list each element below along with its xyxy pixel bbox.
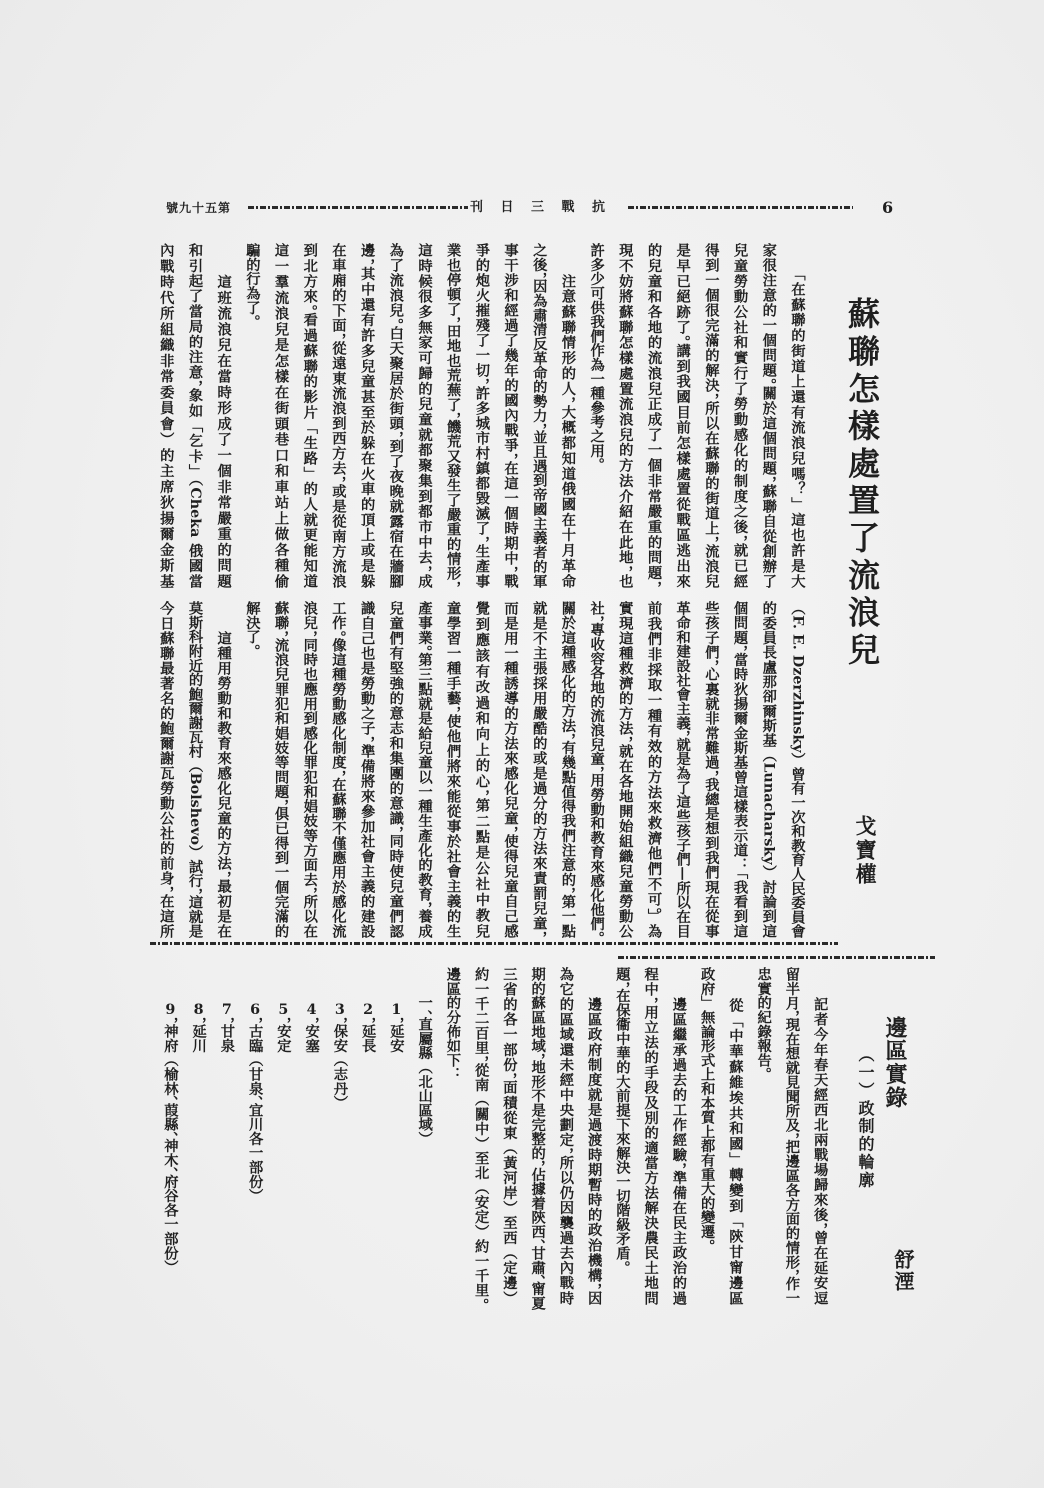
punctuation: ， bbox=[646, 581, 662, 588]
punctuation: ， bbox=[273, 630, 289, 638]
punctuation: ， bbox=[812, 1223, 828, 1231]
text-column: 家很注意的一個問題。關於這個問題，蘇聯自從創辦了 bbox=[754, 243, 783, 588]
text-column: 前我們非採取一種有效的方法來救濟他們不可。」為 bbox=[639, 601, 668, 938]
punctuation: ， bbox=[617, 736, 633, 744]
punctuation: 、 bbox=[247, 1096, 263, 1103]
punctuation: ， bbox=[187, 888, 203, 895]
punctuation: ， bbox=[784, 1269, 800, 1276]
article-title: 邊區實錄 bbox=[882, 1016, 908, 1109]
text-column: 兒童們有堅強的意志和集團的意識，同時使兒童們認 bbox=[381, 601, 410, 938]
article-author: 戈寶權 bbox=[850, 815, 880, 887]
article-body-tier: 記者今年春天經西北兩戰場歸來後，曾在延安逗留半月，現在想就見聞所及，把邊區各方面… bbox=[156, 967, 834, 1305]
district-list-item: 3，保安（志丹） bbox=[326, 967, 354, 1305]
punctuation: ， bbox=[531, 423, 547, 430]
punctuation: ， bbox=[219, 1017, 235, 1024]
punctuation: ， bbox=[302, 887, 318, 895]
text-column: 這時候很多無家可歸的兒童就都聚集到都市中去，成 bbox=[410, 243, 439, 588]
text-column: 注意蘇聯情形的人，大概都知道俄國在十月革命 bbox=[553, 243, 582, 588]
punctuation: ， bbox=[191, 1017, 207, 1024]
district-list-item: 9，神府（榆林、葭縣、神木、府谷各一部份） bbox=[156, 967, 184, 1305]
punctuation: ， bbox=[416, 565, 432, 573]
text-column: 的兒童和各地的流浪兒正成了一個非常嚴重的問題， bbox=[639, 243, 668, 588]
punctuation: ， bbox=[586, 1283, 602, 1291]
text-column: 業也停頓了，田地也荒蕪了，饑荒又發生了嚴重的情形， bbox=[438, 243, 467, 588]
text-column: 三省的各一部份，面積從東（黃河岸）至西（定邊） bbox=[495, 967, 523, 1305]
header-ornament-rule-right bbox=[628, 206, 853, 209]
punctuation: ， bbox=[445, 412, 461, 420]
text-column: 邊區政府制度就是過渡時期暫時的政治機構，因 bbox=[580, 967, 608, 1305]
upper-text-tier: 「在蘇聯的街道上還有流浪兒嗎？」這也許是大家很注意的一個問題。關於這個問題，蘇聯… bbox=[152, 243, 812, 588]
punctuation: ， bbox=[388, 826, 404, 834]
numeral: 1 bbox=[388, 1003, 404, 1017]
punctuation: ， bbox=[275, 1017, 291, 1024]
text-column: 題，在保衞中華的大前提下來解決一切階級矛盾。 bbox=[608, 967, 636, 1305]
district-list-item: 7，甘泉 bbox=[213, 967, 241, 1305]
punctuation: 、 bbox=[162, 1096, 178, 1103]
punctuation: ， bbox=[703, 536, 719, 544]
text-column: 邊區繼承過去的工作經驗，準備在民主政治的過 bbox=[665, 967, 693, 1305]
text-column: 個問題，當時狄揚爾金斯基曾這樣表示道：「我看到這 bbox=[725, 601, 754, 938]
punctuation: ， bbox=[187, 380, 203, 388]
punctuation: ， bbox=[445, 581, 461, 588]
text-column: 工作。像這種勞動感化制度，在蘇聯不僅應用於感化流 bbox=[324, 601, 353, 938]
text-column: 現不妨將蘇聯怎樣處置流浪兒的方法介紹在此地，也 bbox=[611, 243, 640, 588]
numeral: 9 bbox=[162, 1003, 178, 1017]
lower-text-tier: （F. E. Dzerzhinsky）曾有一次和教育人民委員會的委員長盧那卻爾斯… bbox=[152, 601, 812, 938]
punctuation: ， bbox=[558, 1147, 574, 1155]
text-column: 騙的行為了。 bbox=[238, 243, 267, 588]
text-column: 為了流浪兒。白天聚居於街頭，到了夜晚就露宿在牆腳 bbox=[381, 243, 410, 588]
text-column: 產事業。第三點就是給兒童以一種生產化的教育，養成 bbox=[410, 601, 439, 938]
text-column: 的委員長盧那卻爾斯基（Lunacharsky）討論到這 bbox=[754, 601, 783, 938]
punctuation: ， bbox=[503, 453, 519, 461]
issue-number: 第五十九號 bbox=[166, 200, 231, 216]
punctuation: ， bbox=[617, 565, 633, 573]
punctuation: ： bbox=[445, 1067, 461, 1074]
numeral: 7 bbox=[219, 1003, 235, 1017]
text-column: 許多少可供我們作為一種參考之用。 bbox=[582, 243, 611, 588]
punctuation: ， bbox=[216, 871, 232, 879]
district-list-item: 8，延川 bbox=[184, 967, 212, 1305]
punctuation: ， bbox=[473, 1055, 489, 1063]
punctuation: ， bbox=[703, 660, 719, 668]
text-column: 莫斯科附近的鮑爾謝瓦村（Bolshevo）試行，這就是 bbox=[180, 601, 209, 938]
punctuation: 。 bbox=[244, 315, 260, 322]
punctuation: ， bbox=[445, 706, 461, 714]
text-column: 記者今年春天經西北兩戰場歸來後，曾在延安逗 bbox=[806, 967, 834, 1305]
text-column: 從「中華蘇維埃共和國」轉變到「陝甘甯邊區 bbox=[721, 967, 749, 1305]
text-column: 爭的炮火摧殘了一切，許多城市村鎮都毀滅了，生產事 bbox=[467, 243, 496, 588]
punctuation: ， bbox=[671, 1163, 687, 1171]
text-column: 忠實的紀錄報告。 bbox=[749, 967, 777, 1305]
punctuation: ， bbox=[589, 766, 605, 773]
punctuation: ， bbox=[304, 1017, 320, 1024]
punctuation: 、 bbox=[530, 1239, 546, 1246]
numeral: 4 bbox=[304, 1003, 320, 1017]
district-list-item: 1，延安 bbox=[382, 967, 410, 1305]
punctuation: ， bbox=[643, 997, 659, 1005]
text-column: 些孩子們，心裏就非常難過，我總是想到我們現在從事 bbox=[697, 601, 726, 938]
text-column: 到北方來。看過蘇聯的影片「生路」的人就更能知道 bbox=[295, 243, 324, 588]
numeral: 3 bbox=[332, 1003, 348, 1017]
punctuation: ， bbox=[761, 476, 777, 484]
text-column: 這種用勞動和教育來感化兒童的方法，最初是在 bbox=[209, 601, 238, 938]
page-number: 6 bbox=[882, 198, 893, 218]
text-column: 這一羣流浪兒是怎樣在街頭巷口和車站上做各種偷 bbox=[266, 243, 295, 588]
punctuation: ， bbox=[530, 1053, 546, 1060]
article-subtitle: （一）政制的輪廓 bbox=[855, 1046, 875, 1189]
punctuation: ， bbox=[388, 431, 404, 439]
punctuation: ， bbox=[784, 1132, 800, 1139]
district-list-item: 5，安定 bbox=[269, 967, 297, 1305]
numeral: 5 bbox=[275, 1003, 291, 1017]
punctuation: ， bbox=[503, 566, 519, 574]
publication-name: 抗戰三日刊 bbox=[470, 199, 623, 217]
text-column: 留半月，現在想就見聞所及，把邊區各方面的情形，作一 bbox=[778, 967, 806, 1305]
punctuation: ， bbox=[360, 1017, 376, 1024]
district-list-item: 2，延長 bbox=[354, 967, 382, 1305]
punctuation: 。 bbox=[761, 378, 777, 386]
punctuation: ， bbox=[445, 316, 461, 324]
punctuation: 。 bbox=[675, 335, 691, 343]
punctuation: ， bbox=[162, 1017, 178, 1024]
text-column: 約一千二百里，從南（關中）至北（安定）約一千里。 bbox=[467, 967, 495, 1305]
text-column: 程中，用立法的手段及別的適當方法解決農民土地問 bbox=[636, 967, 664, 1305]
punctuation: 。 bbox=[589, 931, 605, 938]
text-column: 童學習一種手藝，使他們將來能從事於社會主義的生 bbox=[438, 601, 467, 938]
punctuation: 。 bbox=[416, 645, 432, 653]
punctuation: ， bbox=[675, 730, 691, 737]
text-column: 社，專收容各地的流浪兒童，用勞動和教育來感化他們。 bbox=[582, 601, 611, 938]
text-column: 政府」無論形式上和本質上都有重大的變遷。 bbox=[693, 967, 721, 1305]
text-column: 「在蘇聯的街道上還有流浪兒嗎？」這也許是大 bbox=[783, 243, 812, 588]
punctuation: ， bbox=[332, 1017, 348, 1024]
punctuation: 、 bbox=[162, 1167, 178, 1174]
district-list-item: 6，古臨（甘泉、宜川各一部份） bbox=[241, 967, 269, 1305]
punctuation: ， bbox=[530, 1160, 546, 1167]
punctuation: ， bbox=[560, 733, 576, 741]
punctuation: 。 bbox=[646, 907, 662, 908]
district-list-item: 4，安塞 bbox=[297, 967, 325, 1305]
text-column: 是早已絕跡了。講到我國目前怎樣處置從戰區逃出來 bbox=[668, 243, 697, 588]
punctuation: ， bbox=[330, 476, 346, 484]
punctuation: ， bbox=[330, 333, 346, 341]
punctuation: ， bbox=[784, 1010, 800, 1017]
text-column: （F. E. Dzerzhinsky）曾有一次和教育人民委員會 bbox=[783, 601, 812, 938]
punctuation: 。 bbox=[244, 644, 260, 651]
text-column: 得到一個很完滿的解決，所以在蘇聯的街道上，流浪兒 bbox=[697, 243, 726, 588]
text-column: 今日蘇聯最著名的鮑爾謝瓦勞動公社的前身，在這所 bbox=[152, 601, 181, 938]
punctuation: ， bbox=[474, 536, 490, 544]
text-column: 在車廂的下面，從遠東流浪到西方去，或是從南方流浪 bbox=[324, 243, 353, 588]
article-divider-rule bbox=[150, 942, 838, 945]
punctuation: ， bbox=[614, 981, 630, 988]
punctuation: ， bbox=[531, 931, 547, 938]
text-column: 革命和建設社會主義，就是為了這些孩子們—所以在目 bbox=[668, 601, 697, 938]
punctuation: ， bbox=[388, 1017, 404, 1024]
text-column: 而是用一種誘導的方法來感化兒童，使得兒童自己感 bbox=[496, 601, 525, 938]
text-column: 內戰時代所組織非常委員會）的主席狄揚爾金斯基 bbox=[152, 243, 181, 588]
text-column: 和引起了當局的注意，象如「乞卡」（Cheka 俄國當 bbox=[180, 243, 209, 588]
punctuation: 。 bbox=[589, 458, 605, 465]
header-ornament-rule-left bbox=[248, 206, 468, 209]
punctuation: ， bbox=[359, 258, 375, 266]
punctuation: ， bbox=[589, 615, 605, 622]
text-column: 浪兒，同時也應用到感化罪犯和娼妓等方面去，所以在 bbox=[295, 601, 324, 938]
text-column: 之後，因為肅清反革命的勢力，並且遇到帝國主義者的軍 bbox=[525, 243, 554, 588]
text-column: 這班流浪兒在當時形成了一個非常嚴重的問題 bbox=[209, 243, 238, 588]
punctuation: 、 bbox=[162, 1131, 178, 1138]
scanned-magazine-page: 第五十九號 抗戰三日刊 6 蘇聯怎樣處置了流浪兒 戈寶權 「在蘇聯的街道上還有流… bbox=[0, 0, 1044, 1488]
text-column: 事干涉和經過了幾年的國內戰爭，在這一個時期中，戰 bbox=[496, 243, 525, 588]
text-column: 一、直屬縣（北山區域） bbox=[410, 967, 438, 1305]
punctuation: 。 bbox=[330, 630, 346, 638]
punctuation: 。 bbox=[302, 304, 318, 312]
punctuation: ， bbox=[703, 393, 719, 401]
punctuation: ， bbox=[247, 1017, 263, 1024]
text-column: 兒童勞動公社和實行了勞動感化的制度之後，就已經 bbox=[725, 243, 754, 588]
article-title: 蘇聯怎樣處置了流浪兒 bbox=[842, 297, 882, 670]
punctuation: 、 bbox=[530, 1275, 546, 1282]
punctuation: 。 bbox=[699, 1239, 715, 1246]
punctuation: ， bbox=[158, 886, 174, 894]
punctuation: ， bbox=[416, 902, 432, 910]
punctuation: 。 bbox=[473, 1298, 489, 1305]
numeral: 2 bbox=[360, 1003, 376, 1017]
punctuation: ， bbox=[302, 630, 318, 638]
punctuation: ， bbox=[703, 770, 719, 778]
punctuation: 。 bbox=[756, 1067, 772, 1074]
article-author: 舒湮 bbox=[891, 1249, 915, 1293]
punctuation: ， bbox=[474, 789, 490, 798]
text-column: 覺到應該有改過和向上的心，第二點是公社中教兒 bbox=[467, 601, 496, 938]
text-column: 期的蘇區地域，地形不是完整的，佔據着陝西、甘肅、甯夏 bbox=[523, 967, 551, 1305]
numeral: 6 bbox=[247, 1003, 263, 1017]
punctuation: 、 bbox=[417, 1010, 433, 1017]
numeral: 8 bbox=[191, 1003, 207, 1017]
text-column: 解決了。 bbox=[238, 601, 267, 938]
punctuation: ， bbox=[732, 535, 748, 543]
text-column: 就是不主張採用嚴酷的或是過分的方法來責罰兒童， bbox=[525, 601, 554, 938]
text-column: 邊，其中還有許多兒童甚至於躲在火車的頂上或是躲 bbox=[352, 243, 381, 588]
punctuation: ， bbox=[732, 645, 748, 653]
punctuation: ， bbox=[273, 799, 289, 807]
text-column: 為它的區域還未經中央劃定，所以仍因襲過去內戰時 bbox=[552, 967, 580, 1305]
punctuation: ， bbox=[359, 736, 375, 744]
punctuation: 。 bbox=[388, 318, 404, 326]
text-column: 蘇聯，流浪兒罪犯和娼妓等問題，俱已得到一個完滿的 bbox=[266, 601, 295, 938]
text-column: 識自己也是勞動之子，準備將來參加社會主義的建設 bbox=[352, 601, 381, 938]
punctuation: 。 bbox=[614, 1260, 630, 1267]
text-column: 邊區的分佈如下： bbox=[439, 967, 467, 1305]
article-divider-rule-upper-border bbox=[618, 956, 935, 959]
punctuation: ， bbox=[501, 1072, 517, 1080]
punctuation: ， bbox=[560, 887, 576, 895]
punctuation: ， bbox=[503, 826, 519, 834]
text-column: 關於這種感化的方法，有幾點值得我們注意的，第一點 bbox=[553, 601, 582, 938]
punctuation: ， bbox=[474, 378, 490, 386]
punctuation: ， bbox=[531, 272, 547, 279]
text-column: 實現這種救濟的方法，就在各地開始組織兒童勞動公 bbox=[611, 601, 640, 938]
punctuation: ， bbox=[330, 770, 346, 778]
punctuation: ： bbox=[732, 858, 748, 866]
punctuation: ， bbox=[560, 397, 576, 405]
